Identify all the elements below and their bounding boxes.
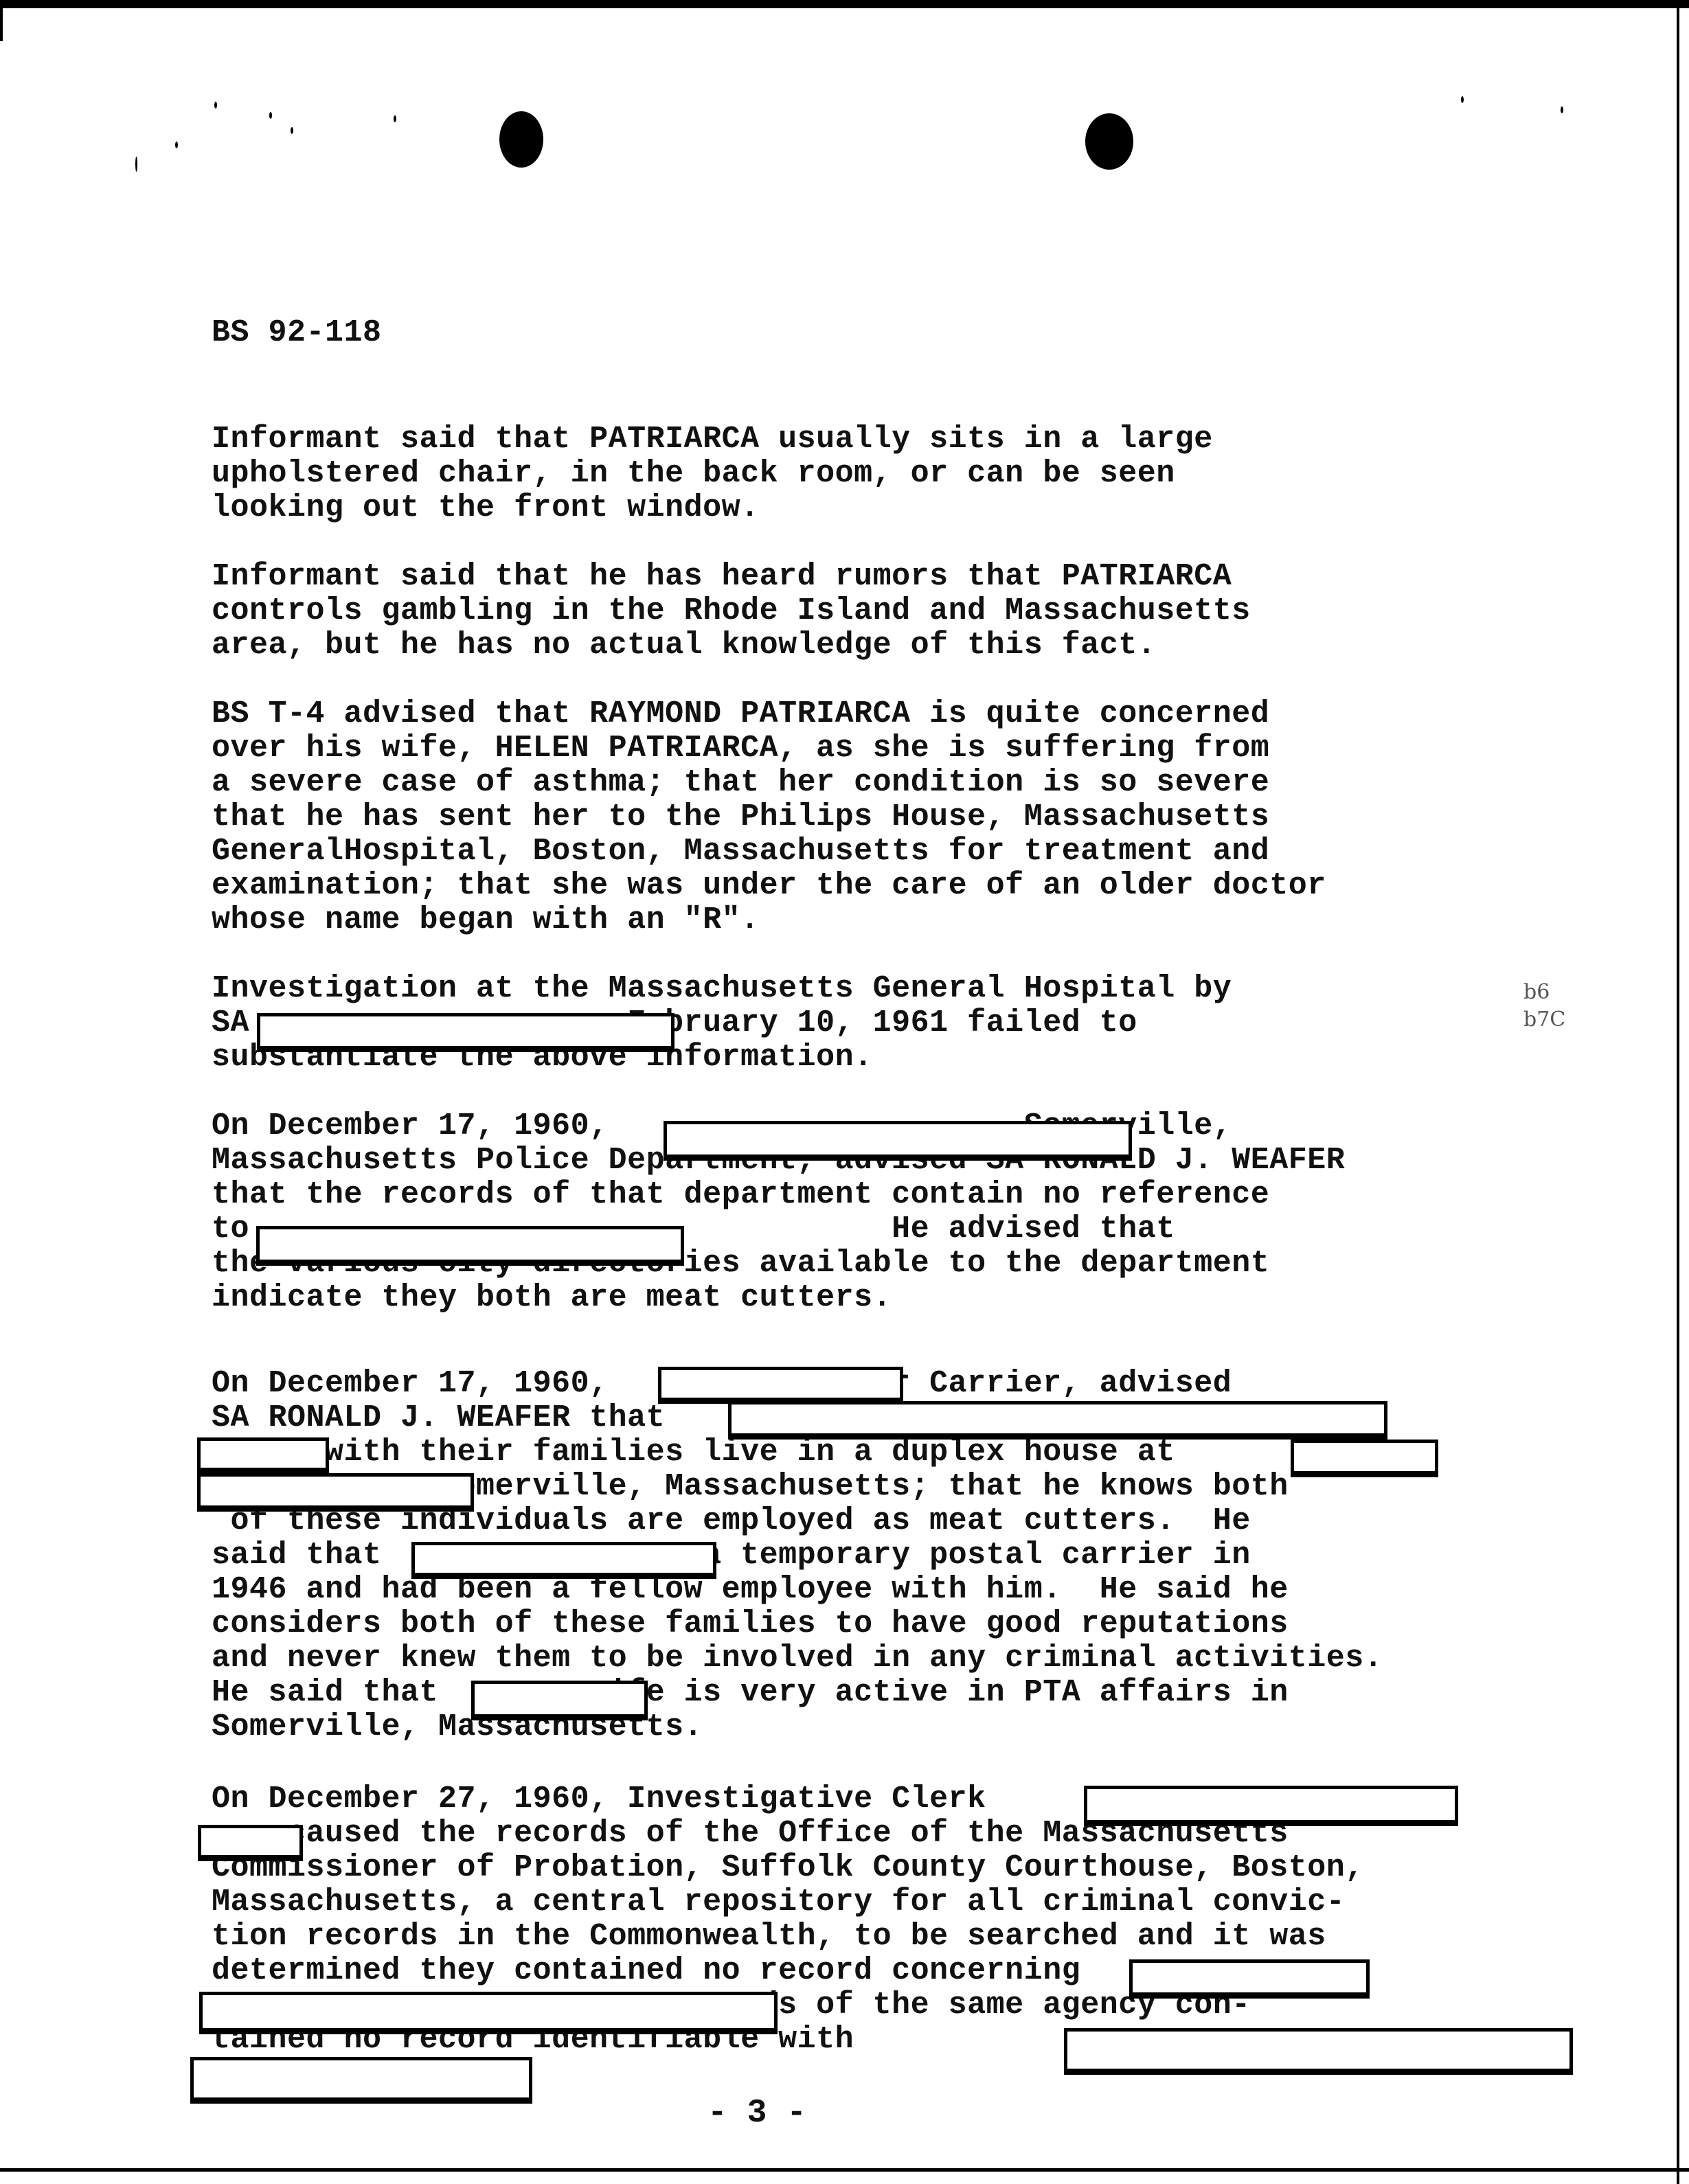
file-number: BS 92-118 bbox=[212, 316, 382, 350]
scan-speck bbox=[1561, 106, 1563, 113]
paragraph-line: tion records in the Commonwealth, to be … bbox=[212, 1920, 1326, 1954]
paragraph-line: over his wife, HELEN PATRIARCA, as she i… bbox=[212, 731, 1269, 766]
paragraph-line: with their families live in a duplex hou… bbox=[212, 1435, 1175, 1470]
paragraph-line: 1946 and had been a fellow employee with… bbox=[212, 1573, 1289, 1607]
scan-speck bbox=[394, 115, 396, 122]
paragraph-line: GeneralHospital, Boston, Massachusetts f… bbox=[212, 834, 1269, 869]
paragraph-line: whose name began with an "R". bbox=[212, 903, 760, 937]
scan-edge-bottom bbox=[0, 2168, 1689, 2172]
paragraph-line: Massachusetts, a central repository for … bbox=[212, 1885, 1345, 1920]
redaction-box bbox=[199, 1992, 778, 2034]
redaction-box bbox=[1084, 1786, 1458, 1826]
document-page: BS 92-118 Informant said that PATRIARCA … bbox=[0, 0, 1689, 2184]
paragraph-line: determined they contained no record conc… bbox=[212, 1954, 1080, 1988]
paragraph-line: that he has sent her to the Philips Hous… bbox=[212, 800, 1269, 834]
paragraph-line: Commissioner of Probation, Suffolk Count… bbox=[212, 1851, 1364, 1885]
redaction-box bbox=[1129, 1959, 1370, 1999]
scan-edge-left bbox=[0, 0, 3, 41]
redaction-box bbox=[664, 1121, 1132, 1161]
scan-edge-right bbox=[1677, 0, 1679, 2184]
paragraph-line: upholstered chair, in the back room, or … bbox=[212, 457, 1175, 491]
paragraph-line: a severe case of asthma; that her condit… bbox=[212, 766, 1269, 800]
redaction-box bbox=[197, 1437, 329, 1474]
scan-speck bbox=[291, 127, 293, 134]
exemption-code-b6: b6 bbox=[1523, 979, 1550, 1006]
paragraph-line: Informant said that he has heard rumors … bbox=[212, 560, 1232, 594]
paragraph-line: area, but he has no actual knowledge of … bbox=[212, 628, 1156, 663]
redaction-box bbox=[197, 1473, 474, 1512]
redaction-box bbox=[411, 1542, 716, 1579]
scan-edge-top bbox=[0, 0, 1689, 8]
scan-speck bbox=[214, 102, 217, 109]
paragraph-line: said that was a temporary postal carrier… bbox=[212, 1538, 1251, 1573]
redaction-box bbox=[190, 2057, 532, 2104]
paragraph-line: considers both of these families to have… bbox=[212, 1607, 1289, 1641]
paragraph-line: BS T-4 advised that RAYMOND PATRIARCA is… bbox=[212, 697, 1269, 731]
redaction-box bbox=[1064, 2028, 1573, 2075]
paragraph-line: looking out the front window. bbox=[212, 491, 760, 525]
scan-speck bbox=[1461, 96, 1464, 103]
redaction-box bbox=[471, 1681, 648, 1720]
punch-hole-left bbox=[499, 111, 543, 168]
exemption-code-b7c: b7C bbox=[1523, 1006, 1565, 1034]
scan-speck bbox=[175, 141, 178, 148]
punch-hole-right bbox=[1085, 113, 1133, 170]
paragraph-line: examination; that she was under the care… bbox=[212, 869, 1326, 903]
paragraph-line: Informant said that PATRIARCA usually si… bbox=[212, 422, 1213, 457]
paragraph-line: Investigation at the Massachusetts Gener… bbox=[212, 972, 1232, 1006]
paragraph-line: On December 27, 1960, Investigative Cler… bbox=[212, 1782, 986, 1817]
paragraph-line: controls gambling in the Rhode Island an… bbox=[212, 594, 1251, 628]
redaction-box bbox=[728, 1401, 1387, 1440]
redaction-box bbox=[1291, 1440, 1438, 1477]
paragraph-line: He said that wife is very active in PTA … bbox=[212, 1676, 1289, 1710]
scan-speck bbox=[269, 112, 272, 119]
paragraph-line: SA RONALD J. WEAFER that bbox=[212, 1401, 665, 1435]
redaction-box bbox=[198, 1825, 303, 1861]
scan-speck bbox=[135, 157, 137, 172]
redaction-box bbox=[658, 1367, 903, 1404]
paragraph-line: and never knew them to be involved in an… bbox=[212, 1641, 1383, 1676]
redaction-box bbox=[256, 1226, 684, 1266]
paragraph-line: indicate they both are meat cutters. bbox=[212, 1281, 892, 1315]
paragraph-line: that the records of that department cont… bbox=[212, 1178, 1269, 1212]
redaction-box bbox=[257, 1013, 675, 1052]
page-number: - 3 - bbox=[707, 2095, 806, 2132]
